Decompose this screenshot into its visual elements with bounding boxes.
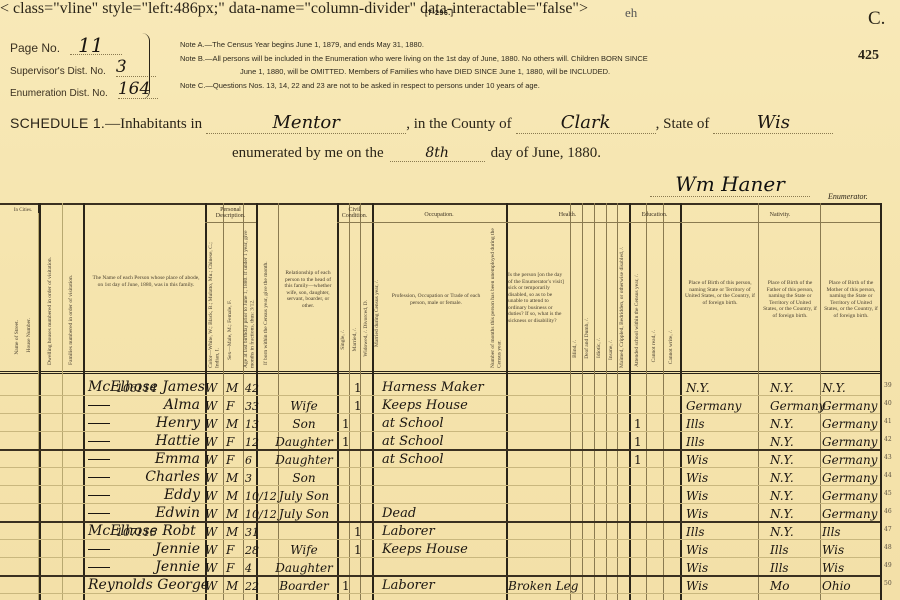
relationship-value: Wife bbox=[265, 543, 343, 557]
day-suffix-label: day of June, 1880. bbox=[491, 145, 601, 162]
enumeration-district-row: Enumeration Dist. No. 164 bbox=[10, 80, 158, 99]
census-row: HenryWM13Son1at School1IllsN.Y.Germany41 bbox=[0, 413, 880, 433]
census-row: CharlesWM3SonWisN.Y.Germany44 bbox=[0, 467, 880, 487]
months-unemployed-header: Number of months this person has been un… bbox=[490, 228, 504, 368]
census-row: Reynolds GeorgeWM22Boarder1LaborerBroken… bbox=[0, 575, 880, 595]
page-number-row: Page No. 11 bbox=[10, 36, 122, 55]
color-value: W bbox=[205, 417, 217, 431]
census-row: JennieWF28Wife1Keeps HouseWisIllsWis48 bbox=[0, 539, 880, 559]
corner-page-number: 425 bbox=[858, 48, 879, 64]
relationship-value: Daughter bbox=[265, 453, 343, 467]
insane-header: Insane, /. bbox=[608, 340, 615, 360]
mother-birthplace-value: Germany bbox=[822, 471, 880, 485]
father-birthplace-value: N.Y. bbox=[770, 507, 826, 521]
relationship-value: July Son bbox=[265, 507, 343, 521]
enumeration-district-value: 164 bbox=[118, 80, 158, 99]
widowed-header: Widowed, /. Divorced, D. bbox=[363, 300, 370, 357]
sex-value: M bbox=[226, 525, 238, 539]
enumeration-date-line: enumerated by me on the 8th day of June,… bbox=[232, 145, 601, 162]
line-number: 45 bbox=[884, 490, 892, 497]
person-name: McElhose James bbox=[88, 379, 200, 395]
line-number: 46 bbox=[884, 508, 892, 515]
color-value: W bbox=[205, 579, 217, 593]
mother-birthplace-value: Wis bbox=[822, 543, 880, 557]
civil-condition-group: Civil Condition. bbox=[337, 207, 372, 219]
age-value: 28 bbox=[245, 544, 259, 557]
sex-value: F bbox=[226, 399, 234, 413]
age-value: 42 bbox=[245, 382, 259, 395]
page-number-value: 11 bbox=[70, 36, 122, 55]
age-value: 31 bbox=[245, 526, 259, 539]
place-value: Mentor bbox=[206, 112, 406, 134]
birthplace-value: Wis bbox=[686, 507, 766, 521]
occupation-value: Dead bbox=[382, 506, 416, 521]
line-number: 39 bbox=[884, 382, 892, 389]
census-row: AlmaWF33Wife1Keeps HouseGermanyGermanyGe… bbox=[0, 395, 880, 415]
age-header: Age at last birthday prior to June 1, 18… bbox=[243, 228, 257, 368]
mother-birthplace-value: Wis bbox=[822, 561, 880, 575]
relationship-value: Son bbox=[265, 417, 343, 431]
header-top-rule bbox=[0, 203, 880, 205]
color-value: W bbox=[205, 453, 217, 467]
ditto-dash bbox=[88, 441, 110, 442]
maimed-header: Maimed, Crippled, Bedridden, or otherwis… bbox=[619, 228, 626, 368]
age-value: 33 bbox=[245, 400, 259, 413]
deaf-dumb-header: Deaf and Dumb, /. bbox=[584, 318, 591, 359]
father-birthplace-value: N.Y. bbox=[770, 381, 826, 395]
color-value: W bbox=[205, 561, 217, 575]
birthplace-value: Wis bbox=[686, 453, 766, 467]
ditto-dash bbox=[88, 459, 110, 460]
note-a: Note A.—The Census Year begins June 1, 1… bbox=[180, 38, 840, 52]
single-header: Single, /. bbox=[340, 330, 347, 350]
line-number: 43 bbox=[884, 454, 892, 461]
occupation-group: Occupation. bbox=[372, 212, 506, 218]
census-row: HattieWF12Daughter1at School1IllsN.Y.Ger… bbox=[0, 431, 880, 451]
married-header: Married, /. bbox=[352, 328, 359, 351]
nativity-group: Nativity. bbox=[680, 212, 880, 218]
ditto-dash bbox=[88, 423, 110, 424]
county-value: Clark bbox=[516, 112, 656, 134]
header-bottom-rule bbox=[0, 371, 880, 374]
supervisor-district-row: Supervisor's Dist. No. 3 bbox=[10, 58, 156, 77]
mother-birthplace-value: Ills bbox=[822, 525, 880, 539]
married-mark: 1 bbox=[354, 543, 362, 557]
cannot-read-header: Cannot read, /. bbox=[651, 330, 658, 362]
page-number-label: Page No. bbox=[10, 41, 60, 55]
census-row: 106114McElhose JamesWM421Harness MakerN.… bbox=[0, 377, 880, 397]
family-number-header: Families numbered in order of visitation… bbox=[68, 245, 75, 365]
attended-school-header: Attended school within the Census year, … bbox=[634, 255, 641, 367]
age-value: 4 bbox=[245, 562, 252, 575]
blind-header: Blind, /. bbox=[572, 340, 579, 358]
birthplace-value: Wis bbox=[686, 471, 766, 485]
note-b-continued: June 1, 1880, will be OMITTED. Members o… bbox=[180, 65, 840, 79]
school-mark: 1 bbox=[634, 417, 642, 431]
age-value: 13 bbox=[245, 418, 259, 431]
group-rule bbox=[205, 222, 256, 223]
occupation-value: at School bbox=[382, 434, 443, 449]
sex-value: M bbox=[226, 507, 238, 521]
birthplace-value: Wis bbox=[686, 543, 766, 557]
group-rule bbox=[372, 222, 880, 223]
brace-mark bbox=[142, 33, 150, 99]
stamp-mark: eh bbox=[625, 5, 637, 21]
sickness-header: Is the person [on the day of the Enumera… bbox=[508, 272, 568, 324]
mother-birthplace-value: Germany bbox=[822, 489, 880, 503]
sex-value: F bbox=[226, 453, 234, 467]
sex-value: M bbox=[226, 579, 238, 593]
dwelling-number-header: Dwelling houses numbered in order of vis… bbox=[47, 235, 54, 365]
color-value: W bbox=[205, 543, 217, 557]
born-month-header: If born within the Census year, give the… bbox=[263, 245, 270, 365]
corner-letter: C. bbox=[868, 8, 885, 30]
census-row: EdwinWM10/12July SonDeadWisN.Y.Germany46 bbox=[0, 503, 880, 523]
person-name: McElhose Robt bbox=[88, 523, 200, 539]
line-number: 44 bbox=[884, 472, 892, 479]
relationship-value: Son bbox=[265, 471, 343, 485]
supervisor-district-label: Supervisor's Dist. No. bbox=[10, 66, 106, 77]
father-birthplace-value: Ills bbox=[770, 543, 826, 557]
ditto-dash bbox=[88, 477, 110, 478]
enumerated-label: enumerated by me on the bbox=[232, 145, 384, 162]
single-mark: 1 bbox=[342, 435, 350, 449]
age-value: 22 bbox=[245, 580, 259, 593]
enumeration-day-value: 8th bbox=[390, 145, 485, 162]
birthplace-value: Wis bbox=[686, 579, 766, 593]
father-birthplace-value: N.Y. bbox=[770, 471, 826, 485]
relationship-value: Daughter bbox=[265, 435, 343, 449]
column-divider bbox=[880, 203, 882, 600]
single-mark: 1 bbox=[342, 417, 350, 431]
mother-birthplace-value: Germany bbox=[822, 399, 880, 413]
father-birthplace-value: Germany bbox=[770, 399, 826, 413]
occupation-header: Profession, Occupation or Trade of each … bbox=[390, 293, 482, 306]
form-code: [7-296.] bbox=[425, 10, 454, 17]
state-value: Wis bbox=[713, 112, 833, 134]
ditto-dash bbox=[88, 405, 110, 406]
age-value: 3 bbox=[245, 472, 252, 485]
census-row: EmmaWF6Daughterat School1WisN.Y.Germany4… bbox=[0, 449, 880, 469]
ditto-dash bbox=[88, 567, 110, 568]
occupation-value: Harness Maker bbox=[382, 380, 484, 395]
group-rule bbox=[337, 222, 372, 223]
sex-value: M bbox=[226, 471, 238, 485]
color-value: W bbox=[205, 489, 217, 503]
father-birthplace-value: Mo bbox=[770, 579, 826, 593]
relationship-value: Wife bbox=[265, 399, 343, 413]
health-value: Broken Leg bbox=[508, 579, 578, 593]
occupation-value: Laborer bbox=[382, 524, 435, 539]
occupation-value: at School bbox=[382, 416, 443, 431]
census-row: 107115McElhose RobtWM311LaborerIllsN.Y.I… bbox=[0, 521, 880, 541]
birthplace-value: Wis bbox=[686, 561, 766, 575]
ditto-dash bbox=[88, 513, 110, 514]
education-group: Education. bbox=[629, 212, 680, 218]
schedule-title: SCHEDULE 1. bbox=[10, 115, 105, 131]
note-c: Note C.—Questions Nos. 13, 14, 22 and 23… bbox=[180, 79, 840, 93]
sex-value: M bbox=[226, 381, 238, 395]
color-value: W bbox=[205, 435, 217, 449]
married-mark: 1 bbox=[354, 525, 362, 539]
census-row: EddyWM10/12July SonWisN.Y.Germany45 bbox=[0, 485, 880, 505]
color-value: W bbox=[205, 399, 217, 413]
sex-value: M bbox=[226, 417, 238, 431]
line-number: 50 bbox=[884, 580, 892, 587]
census-row: JennieWF4DaughterWisIllsWis49 bbox=[0, 557, 880, 577]
birthplace-value: Germany bbox=[686, 399, 766, 413]
father-birthplace-value: N.Y. bbox=[770, 417, 826, 431]
single-mark: 1 bbox=[342, 579, 350, 593]
age-value: 6 bbox=[245, 454, 252, 467]
health-group: Health. bbox=[506, 212, 629, 218]
county-label: , in the County of bbox=[406, 116, 511, 133]
relationship-value: Daughter bbox=[265, 561, 343, 575]
line-number: 48 bbox=[884, 544, 892, 551]
mother-birthplace-value: Germany bbox=[822, 417, 880, 431]
father-birthplace-value: Ills bbox=[770, 561, 826, 575]
father-birthplace-header: Place of Birth of the Father of this per… bbox=[762, 280, 818, 319]
color-header: Color—White, W.; Black, B.; Mulatto, Mu.… bbox=[208, 228, 222, 368]
schedule-line: SCHEDULE 1. —Inhabitants in Mentor , in … bbox=[10, 112, 833, 134]
married-mark: 1 bbox=[354, 381, 362, 395]
birthplace-value: Ills bbox=[686, 435, 766, 449]
mother-birthplace-value: Germany bbox=[822, 435, 880, 449]
mother-birthplace-value: Germany bbox=[822, 453, 880, 467]
name-header: The Name of each Person whose place of a… bbox=[90, 275, 202, 288]
father-birthplace-value: N.Y. bbox=[770, 525, 826, 539]
sex-value: F bbox=[226, 435, 234, 449]
married-census-year-header: Married during Census year, /. bbox=[374, 280, 381, 347]
occupation-value: Laborer bbox=[382, 578, 435, 593]
occupation-value: Keeps House bbox=[382, 398, 468, 413]
color-value: W bbox=[205, 471, 217, 485]
relationship-value: July Son bbox=[265, 489, 343, 503]
school-mark: 1 bbox=[634, 435, 642, 449]
in-cities-header: In Cities. bbox=[8, 208, 38, 215]
birthplace-header: Place of Birth of this person, naming St… bbox=[684, 280, 756, 306]
line-number: 47 bbox=[884, 526, 892, 533]
father-birthplace-value: N.Y. bbox=[770, 453, 826, 467]
enumerator-signature: Wm Haner bbox=[650, 172, 810, 197]
age-value: 12 bbox=[245, 436, 259, 449]
instruction-notes: Note A.—The Census Year begins June 1, 1… bbox=[180, 38, 840, 92]
birthplace-value: N.Y. bbox=[686, 381, 766, 395]
sex-value: F bbox=[226, 561, 234, 575]
occupation-value: at School bbox=[382, 452, 443, 467]
mother-birthplace-value: Germany bbox=[822, 507, 880, 521]
relationship-header: Relationship of each person to the head … bbox=[282, 270, 334, 309]
enumeration-district-label: Enumeration Dist. No. bbox=[10, 88, 108, 99]
color-value: W bbox=[205, 507, 217, 521]
sex-header: Sex—Male, M.; Female, F. bbox=[227, 300, 234, 360]
idiotic-header: Idiotic, /. bbox=[596, 338, 603, 358]
inhabitants-label: —Inhabitants in bbox=[105, 116, 202, 133]
ditto-dash bbox=[88, 495, 110, 496]
relationship-value: Boarder bbox=[265, 579, 343, 593]
sex-value: M bbox=[226, 489, 238, 503]
line-number: 42 bbox=[884, 436, 892, 443]
school-mark: 1 bbox=[634, 453, 642, 467]
street-header: Name of Street. bbox=[14, 320, 21, 355]
father-birthplace-value: N.Y. bbox=[770, 435, 826, 449]
cannot-write-header: Cannot write, /. bbox=[668, 330, 675, 364]
personal-description-group: Personal Description. bbox=[205, 207, 256, 219]
line-number: 41 bbox=[884, 418, 892, 425]
person-name: Reynolds George bbox=[88, 577, 200, 593]
state-label: , State of bbox=[656, 116, 710, 133]
birthplace-value: Wis bbox=[686, 489, 766, 503]
occupation-value: Keeps House bbox=[382, 542, 468, 557]
father-birthplace-value: N.Y. bbox=[770, 489, 826, 503]
enumerator-label: Enumerator. bbox=[828, 192, 868, 201]
line-number: 40 bbox=[884, 400, 892, 407]
note-b: Note B.—All persons will be included in … bbox=[180, 52, 840, 66]
line-number: 49 bbox=[884, 562, 892, 569]
mother-birthplace-value: N.Y. bbox=[822, 381, 880, 395]
sex-value: F bbox=[226, 543, 234, 557]
ditto-dash bbox=[88, 549, 110, 550]
mother-birthplace-header: Place of Birth of the Mother of this per… bbox=[823, 280, 879, 319]
color-value: W bbox=[205, 525, 217, 539]
birthplace-value: Ills bbox=[686, 525, 766, 539]
color-value: W bbox=[205, 381, 217, 395]
married-mark: 1 bbox=[354, 399, 362, 413]
birthplace-value: Ills bbox=[686, 417, 766, 431]
mother-birthplace-value: Ohio bbox=[822, 579, 880, 593]
house-number-header: House Number. bbox=[26, 318, 33, 353]
